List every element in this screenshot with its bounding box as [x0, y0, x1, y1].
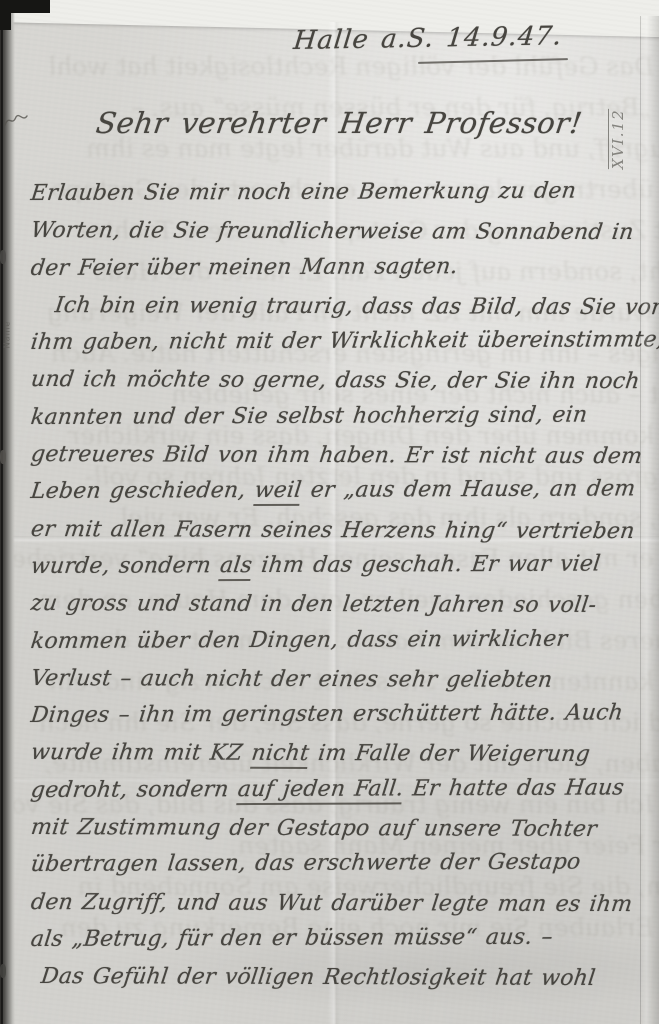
underlined-word: auf jeden Fall.	[236, 776, 405, 805]
letter-line: der Feier über meinen Mann sagten.	[28, 253, 651, 293]
margin-squiggle-mark	[3, 110, 29, 130]
page-right-edge-shadow	[640, 16, 659, 1024]
line-text: er mit allen Fasern seines Herzens hing“…	[30, 517, 637, 544]
letter-line: Dinges – ihn im geringsten erschüttert h…	[28, 700, 651, 740]
letter-line: ihm gaben, nicht mit der Wirklichkeit üb…	[28, 327, 651, 367]
letter-line: kannten und der Sie selbst hochherzig si…	[28, 402, 651, 442]
letter-line: Erlauben Sie mir noch eine Bemerkung zu …	[28, 178, 651, 218]
line-text: kommen über den Dingen, dass ein wirklic…	[29, 626, 568, 653]
line-text: Er hatte das Haus	[402, 775, 625, 801]
binding-edge	[0, 0, 15, 1024]
line-text: Leben geschieden,	[29, 478, 256, 504]
line-text: Das Gefühl der völligen Rechtlosigkeit h…	[40, 964, 597, 991]
line-text: kannten und der Sie selbst hochherzig si…	[29, 402, 588, 429]
letter-line: er mit allen Fasern seines Herzens hing“…	[28, 517, 650, 556]
line-text: den Zugriff, und aus Wut darüber legte m…	[30, 890, 634, 917]
line-text: er „aus dem Hause, an dem	[300, 477, 637, 503]
line-text: Dinges – ihn im geringsten erschüttert h…	[29, 701, 624, 729]
letter-line: Das Gefühl der völligen Rechtlosigkeit h…	[28, 964, 650, 1003]
line-text: und ich möchte so gerne, dass Sie, der S…	[30, 367, 642, 394]
line-text: ihm gaben, nicht mit der Wirklichkeit üb…	[29, 327, 659, 355]
letter-scan-page: Das Gefühl der völligen Rechtlosigkeit h…	[0, 0, 659, 1024]
letter-line: wurde, sondern als ihm das geschah. Er w…	[28, 551, 651, 591]
underlined-word: als	[218, 553, 253, 581]
line-text: wurde ihm mit KZ	[30, 740, 254, 766]
letter-line: zu gross und stand in den letzten Jahren…	[28, 591, 650, 630]
date-underline-flourish	[418, 58, 568, 64]
line-text: wurde, sondern	[29, 553, 221, 579]
letter-line: und ich möchte so gerne, dass Sie, der S…	[28, 367, 650, 406]
bleed-line: Das Gefühl der völligen Rechtlosigkeit h…	[0, 52, 656, 81]
date-line: Halle a.S. 14.9.47.	[292, 21, 564, 56]
letter-line: mit Zustimmung der Gestapo auf unsere To…	[28, 815, 650, 854]
line-text: Ich bin ein wenig traurig, dass das Bild…	[54, 293, 659, 320]
line-text: gedroht, sondern	[29, 777, 239, 803]
line-text: mit Zustimmung der Gestapo auf unsere To…	[30, 815, 599, 842]
line-text: Erlauben Sie mir noch eine Bemerkung zu …	[29, 179, 577, 206]
underlined-word: nicht	[250, 741, 311, 769]
line-text: getreueres Bild von ihm haben. Er ist ni…	[30, 442, 644, 469]
line-text: Worten, die Sie freundlicherweise am Son…	[30, 218, 636, 245]
line-text: als „Betrug, für den er büssen müsse“ au…	[29, 925, 554, 952]
line-text: zu gross und stand in den letzten Jahren…	[30, 591, 598, 618]
letter-line: kommen über den Dingen, dass ein wirklic…	[28, 626, 651, 666]
letter-line: Worten, die Sie freundlicherweise am Son…	[28, 218, 650, 257]
binding-edge-marks	[0, 250, 6, 264]
line-text: übertragen lassen, das erschwerte der Ge…	[29, 850, 581, 877]
binding-label: Name	[3, 306, 12, 364]
salutation: Sehr verehrter Herr Professor!	[94, 106, 584, 140]
letter-line: übertragen lassen, das erschwerte der Ge…	[28, 850, 651, 890]
letter-line: als „Betrug, für den er büssen müsse“ au…	[28, 924, 651, 964]
line-text: der Feier über meinen Mann sagten.	[29, 254, 459, 281]
underlined-word: weil	[253, 478, 303, 506]
letter-line: gedroht, sondern auf jeden Fall. Er hatt…	[28, 775, 651, 815]
line-text: Verlust – auch nicht der eines sehr geli…	[30, 666, 554, 693]
scan-corner-shadow	[0, 0, 50, 13]
letter-line: den Zugriff, und aus Wut darüber legte m…	[28, 890, 650, 929]
line-text: im Falle der Weigerung	[308, 741, 592, 767]
letter-line: wurde ihm mit KZ nicht im Falle der Weig…	[28, 740, 650, 779]
line-text: ihm das geschah. Er war viel	[251, 551, 602, 578]
body-lines: Erlauben Sie mir noch eine Bemerkung zu …	[28, 181, 646, 1002]
letter-line: Verlust – auch nicht der eines sehr geli…	[28, 666, 650, 705]
letter-line: Ich bin ein wenig traurig, dass das Bild…	[28, 293, 650, 332]
letter-line: Leben geschieden, weil er „aus dem Hause…	[28, 477, 651, 517]
letter-line: getreueres Bild von ihm haben. Er ist ni…	[28, 442, 650, 481]
